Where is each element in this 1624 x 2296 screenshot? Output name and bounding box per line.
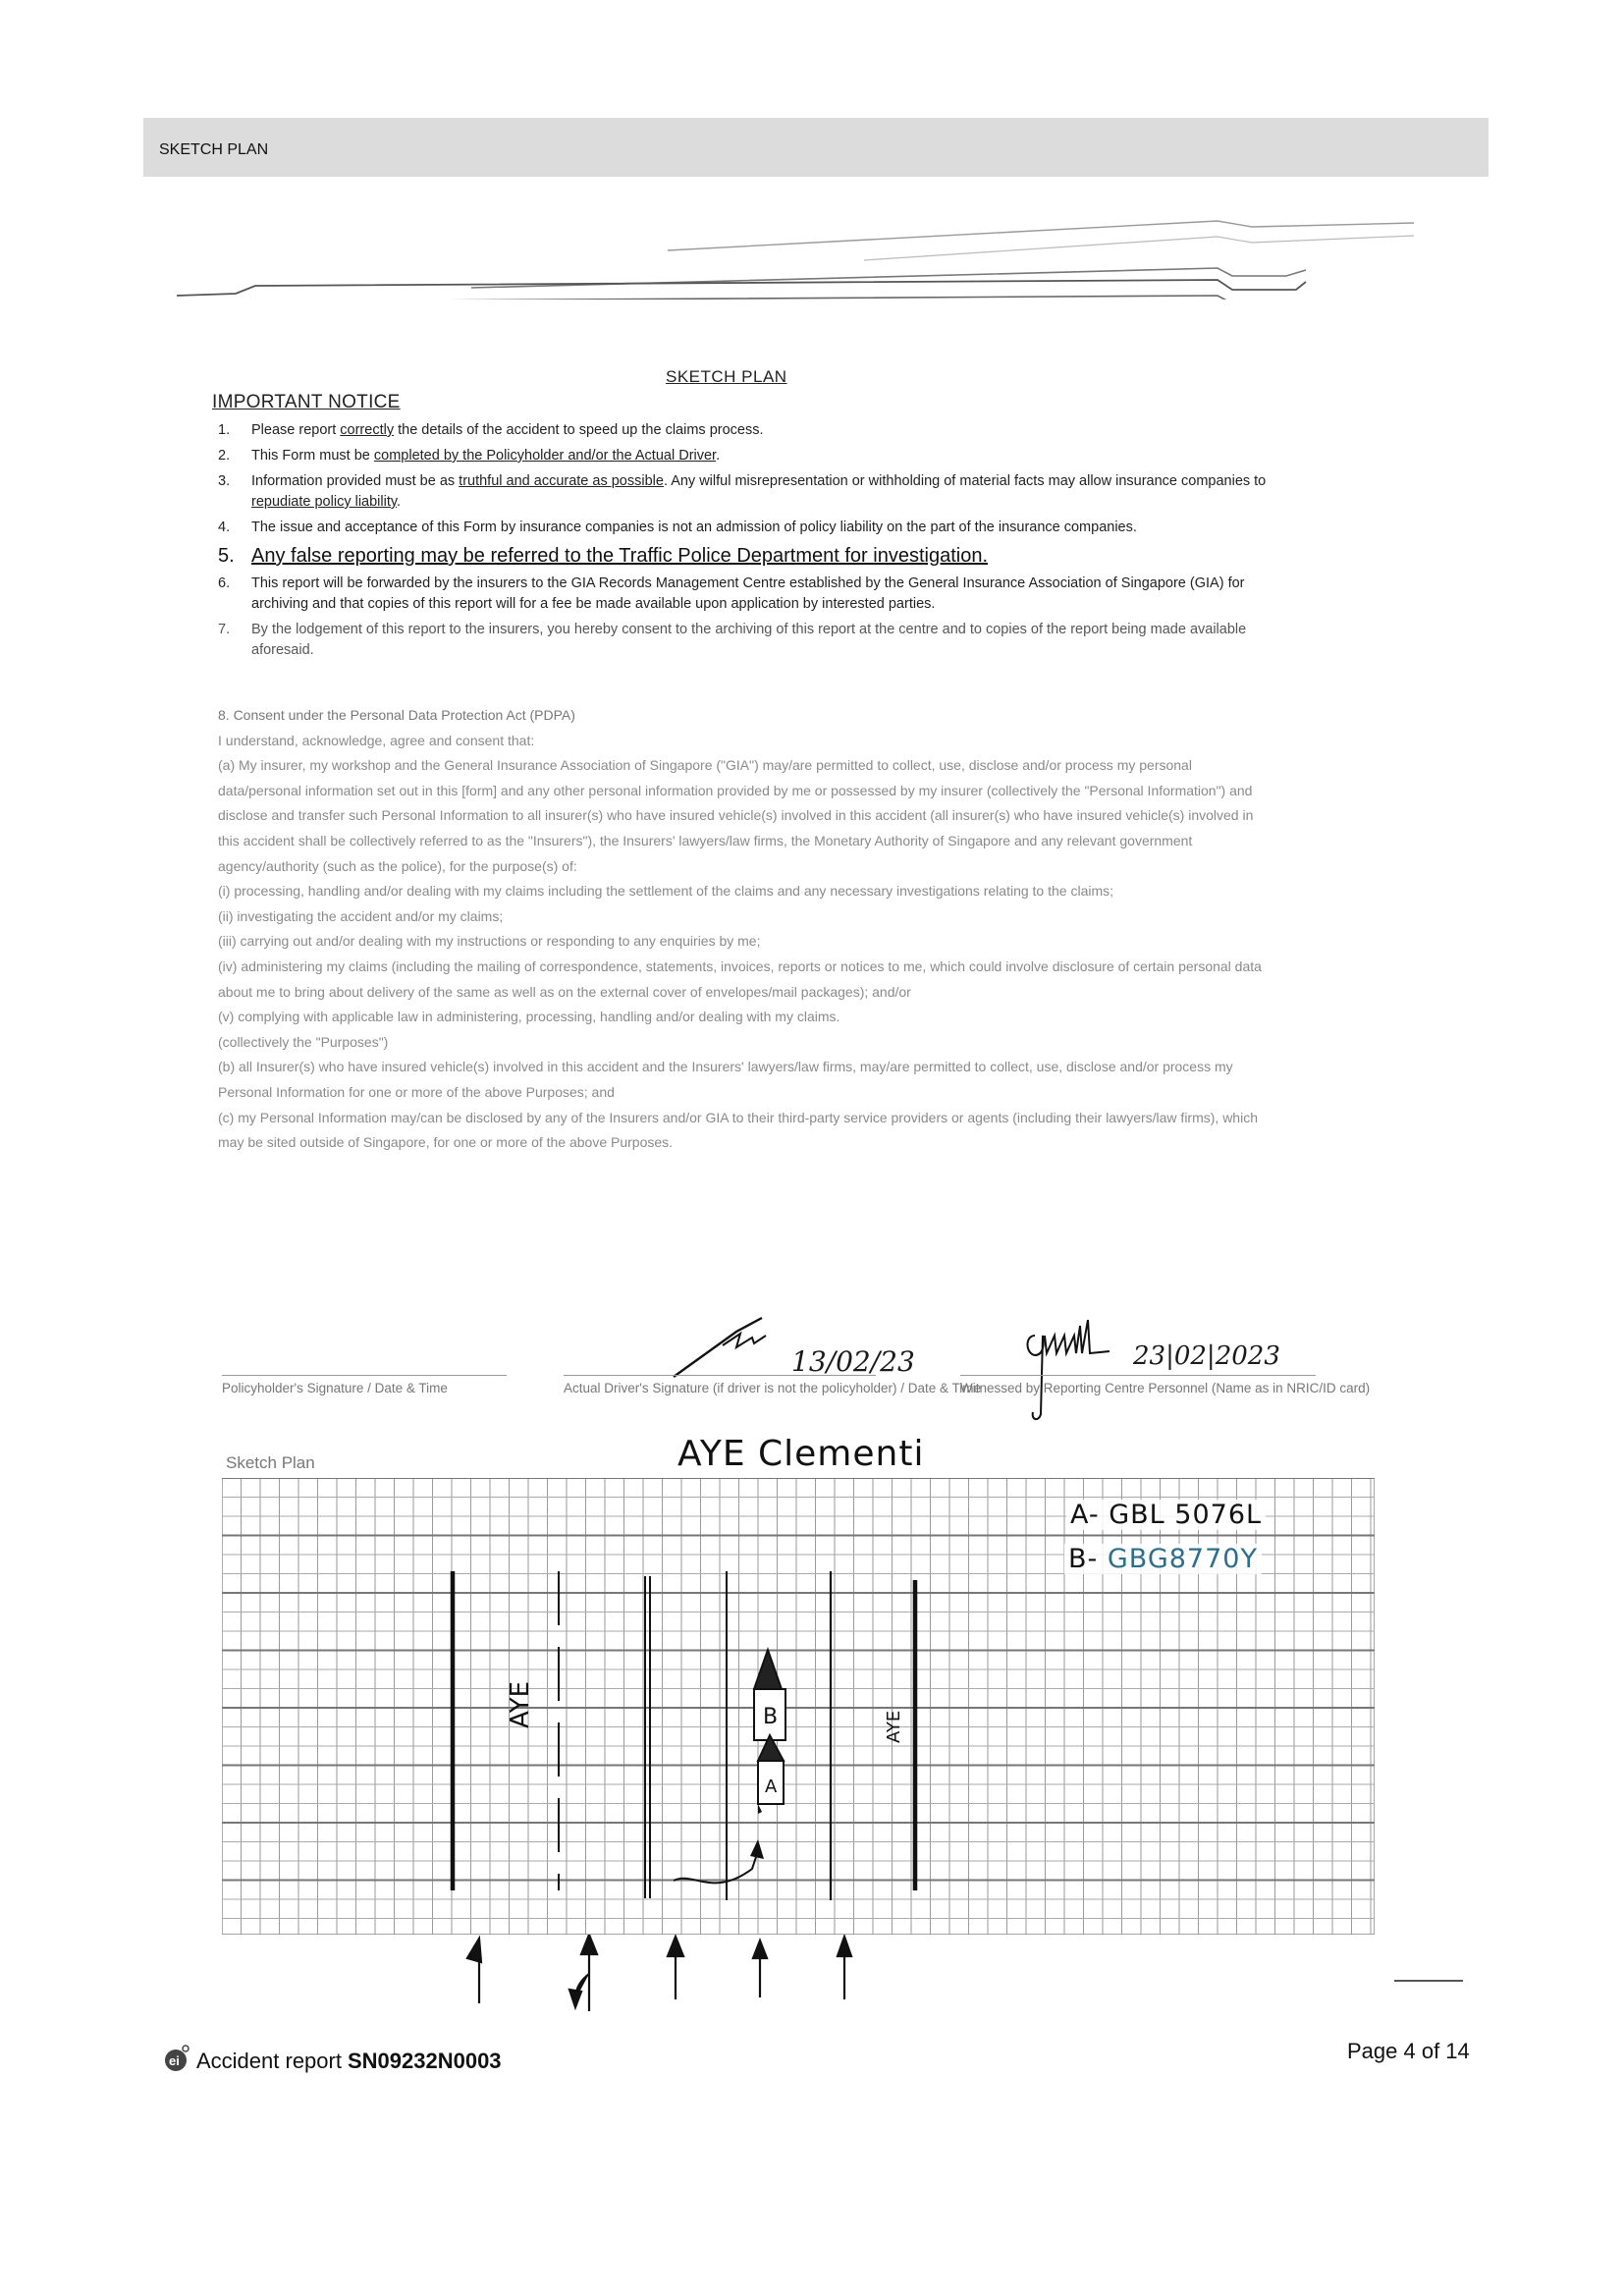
pdpa-purpose: (v) complying with applicable law in adm…: [218, 1005, 1278, 1030]
sketch-location: AYE Clementi: [677, 1434, 924, 1474]
pdpa-consent-section: 8. Consent under the Personal Data Prote…: [218, 703, 1278, 1156]
divider: [1394, 1980, 1463, 1982]
svg-text:B: B: [763, 1705, 778, 1729]
sketch-plan-label: Sketch Plan: [226, 1453, 315, 1473]
report-id: SN09232N0003: [348, 2049, 502, 2074]
page-number: Page 4 of 14: [1347, 2039, 1470, 2064]
important-notice-title: IMPORTANT NOTICE: [212, 392, 401, 413]
pdpa-purpose: (i) processing, handling and/or dealing …: [218, 879, 1278, 904]
section-header-bar: SKETCH PLAN: [143, 118, 1489, 177]
driver-signature-field: Actual Driver's Signature (if driver is …: [564, 1375, 981, 1396]
svg-text:AYE: AYE: [506, 1681, 535, 1728]
witness-signature-field: Witnessed by Reporting Centre Personnel …: [960, 1375, 1370, 1396]
driver-signature-scribble: [668, 1312, 795, 1381]
report-label: Accident report: [196, 2049, 342, 2074]
pdpa-purpose: (iv) administering my claims (including …: [218, 955, 1278, 1005]
notice-item: 1. Please report correctly the details o…: [218, 420, 1298, 441]
witness-signature-date: 23|02|2023: [1133, 1341, 1280, 1371]
pdpa-para-a: (a) My insurer, my workshop and the Gene…: [218, 753, 1278, 879]
policyholder-signature-field: Policyholder's Signature / Date & Time: [222, 1375, 507, 1396]
footer: ei Accident report SN09232N0003: [163, 2047, 502, 2074]
vehicle-a-plate: A- GBL 5076L: [1066, 1500, 1266, 1530]
driver-signature-date: 13/02/23: [791, 1345, 915, 1378]
document-title: SKETCH PLAN: [666, 367, 787, 387]
scan-artifact-lines: [177, 191, 1434, 300]
notice-list: 1. Please report correctly the details o…: [218, 420, 1298, 666]
pdpa-heading: 8. Consent under the Personal Data Prote…: [218, 703, 1278, 729]
vehicle-b-plate: B- GBG8770Y: [1064, 1544, 1262, 1574]
pdpa-intro: I understand, acknowledge, agree and con…: [218, 729, 1278, 754]
pdpa-purpose: (iii) carrying out and/or dealing with m…: [218, 929, 1278, 955]
svg-text:A: A: [765, 1777, 778, 1797]
pdpa-collectively: (collectively the "Purposes"): [218, 1030, 1278, 1056]
witness-signature-scribble: [1021, 1306, 1129, 1424]
notice-item: 4. The issue and acceptance of this Form…: [218, 518, 1298, 538]
svg-text:ei: ei: [169, 2053, 180, 2068]
svg-text:AYE: AYE: [884, 1711, 904, 1743]
notice-item: 7. By the lodgement of this report to th…: [218, 620, 1298, 661]
pdpa-para-c: (c) my Personal Information may/can be d…: [218, 1106, 1278, 1156]
pdpa-para-b: (b) all Insurer(s) who have insured vehi…: [218, 1055, 1278, 1105]
pdpa-purpose: (ii) investigating the accident and/or m…: [218, 904, 1278, 930]
notice-item: 6. This report will be forwarded by the …: [218, 574, 1298, 615]
notice-item: 3. Information provided must be as truth…: [218, 471, 1298, 513]
ei-logo-icon: ei: [163, 2045, 190, 2072]
section-header-title: SKETCH PLAN: [159, 141, 268, 159]
notice-item-false-reporting: 5. Any false reporting may be referred t…: [218, 543, 1298, 569]
traffic-direction-arrows: [422, 1935, 933, 2013]
notice-item: 2. This Form must be completed by the Po…: [218, 446, 1298, 466]
